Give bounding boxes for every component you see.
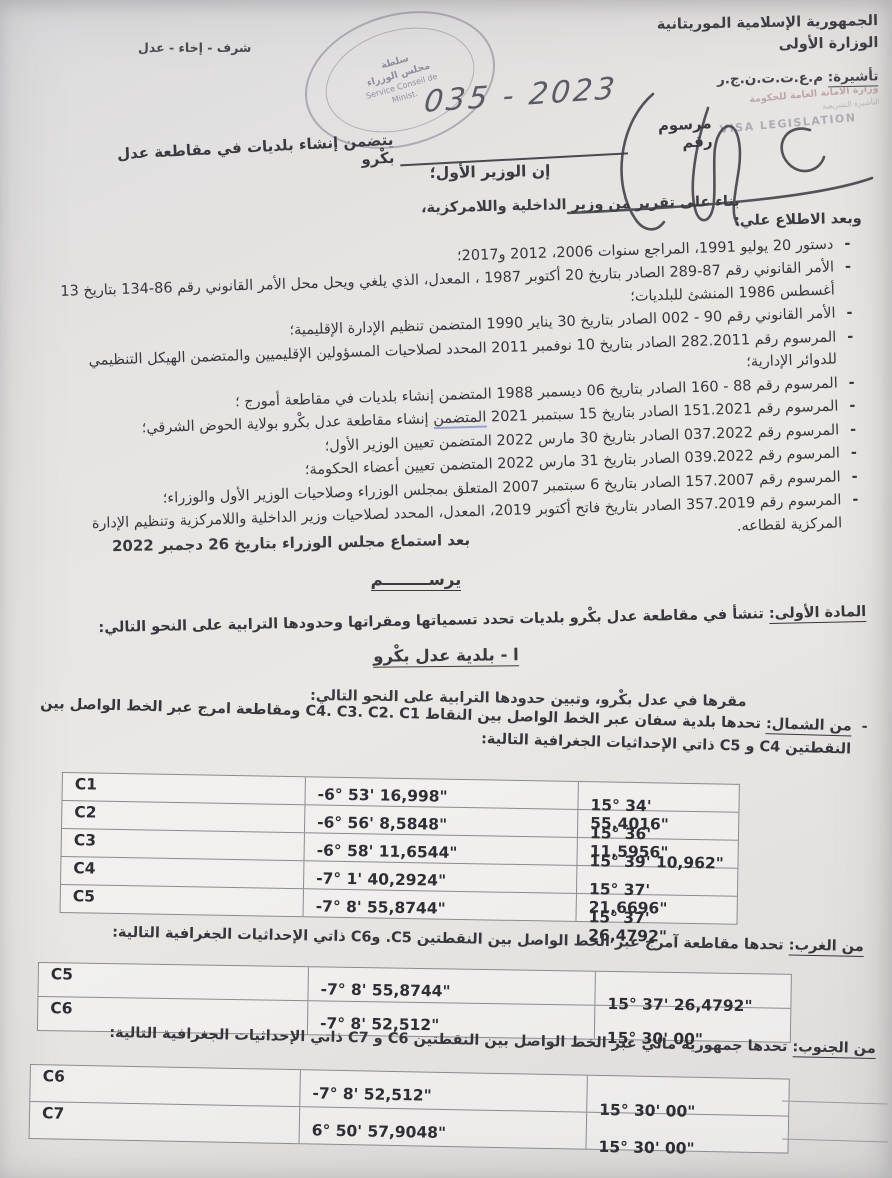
review-line: وبعد الاطلاع علي:	[734, 211, 862, 229]
article-1: المادة الأولى: تنشأ في مقاطعة عدل بكْرو …	[14, 604, 866, 638]
article-1-text: تنشأ في مقاطعة عدل بكْرو بلديات تحدد تسم…	[98, 606, 769, 636]
longitude-cell: -7° 8' 55,8744"	[303, 889, 576, 921]
commune-title: ا - بلدية عدل بكْرو	[0, 641, 892, 669]
point-id-cell: C3	[62, 829, 304, 860]
point-id-cell: C4	[61, 857, 303, 888]
enacts-word: يرســــــــم	[371, 570, 462, 591]
latitude-cell: 15° 30' 00"	[586, 1076, 789, 1116]
scanned-decree-page: شرف - إخاء - عدل الجمهورية الإسلامية الم…	[0, 0, 892, 1178]
article-1-label: المادة الأولى:	[769, 604, 867, 624]
north-label: من الشمال:	[766, 716, 852, 736]
longitude-cell: -6° 56' 8,5848"	[304, 805, 577, 837]
point-id-cell: C5	[38, 963, 307, 1000]
longitude-cell: -6° 58' 11,6544"	[303, 833, 576, 865]
pen-underlined-word: المتضمن	[433, 410, 487, 430]
west-boundary-line: من الغرب: تحدها مقاطعة آمرج عبر الخط الو…	[18, 920, 864, 959]
scan-stray-line	[782, 1101, 888, 1105]
south-label: من الجنوب:	[792, 1039, 876, 1059]
legal-references-list: دستور 20 يوليو 1991، المراجع سنوات 2006،…	[50, 233, 859, 560]
visa-code: م.ع.ت.ت.ن.ج.ر	[716, 69, 822, 87]
ministry-name: الوزارة الأولى	[657, 33, 879, 59]
longitude-cell: -7° 1' 40,2924"	[303, 861, 576, 893]
point-id-cell: C7	[30, 1102, 300, 1143]
longitude-cell: 6° 50' 57,9048"	[299, 1107, 587, 1149]
coordinates-table-north: C1 -6° 53' 16,998" 15° 34' 55,4016" C2 -…	[60, 772, 740, 925]
point-id-cell: C5	[61, 885, 303, 916]
enacts-heading: يرســــــــم	[0, 570, 832, 589]
point-id-cell: C1	[63, 773, 305, 804]
scan-stray-line	[782, 1139, 888, 1143]
point-id-cell: C2	[62, 801, 304, 832]
header-block: الجمهورية الإسلامية الموريتانية الوزارة …	[656, 10, 878, 59]
latitude-cell: 15° 34' 55,4016"	[577, 782, 738, 812]
longitude-cell: -6° 53' 16,998"	[304, 777, 577, 809]
west-label: من الغرب:	[789, 938, 864, 957]
longitude-cell: -7° 8' 55,8744"	[307, 967, 594, 1005]
longitude-cell: -7° 8' 52,512"	[299, 1070, 587, 1112]
commune-title-text: ا - بلدية عدل بكْرو	[373, 645, 519, 668]
point-id-cell: C6	[30, 1065, 300, 1106]
coordinates-table-south: C6 -7° 8' 52,512" 15° 30' 00" C7 6° 50' …	[29, 1064, 790, 1154]
latitude-cell: 15° 37' 26,4792"	[594, 972, 790, 1008]
national-motto: شرف - إخاء - عدل	[138, 40, 251, 55]
